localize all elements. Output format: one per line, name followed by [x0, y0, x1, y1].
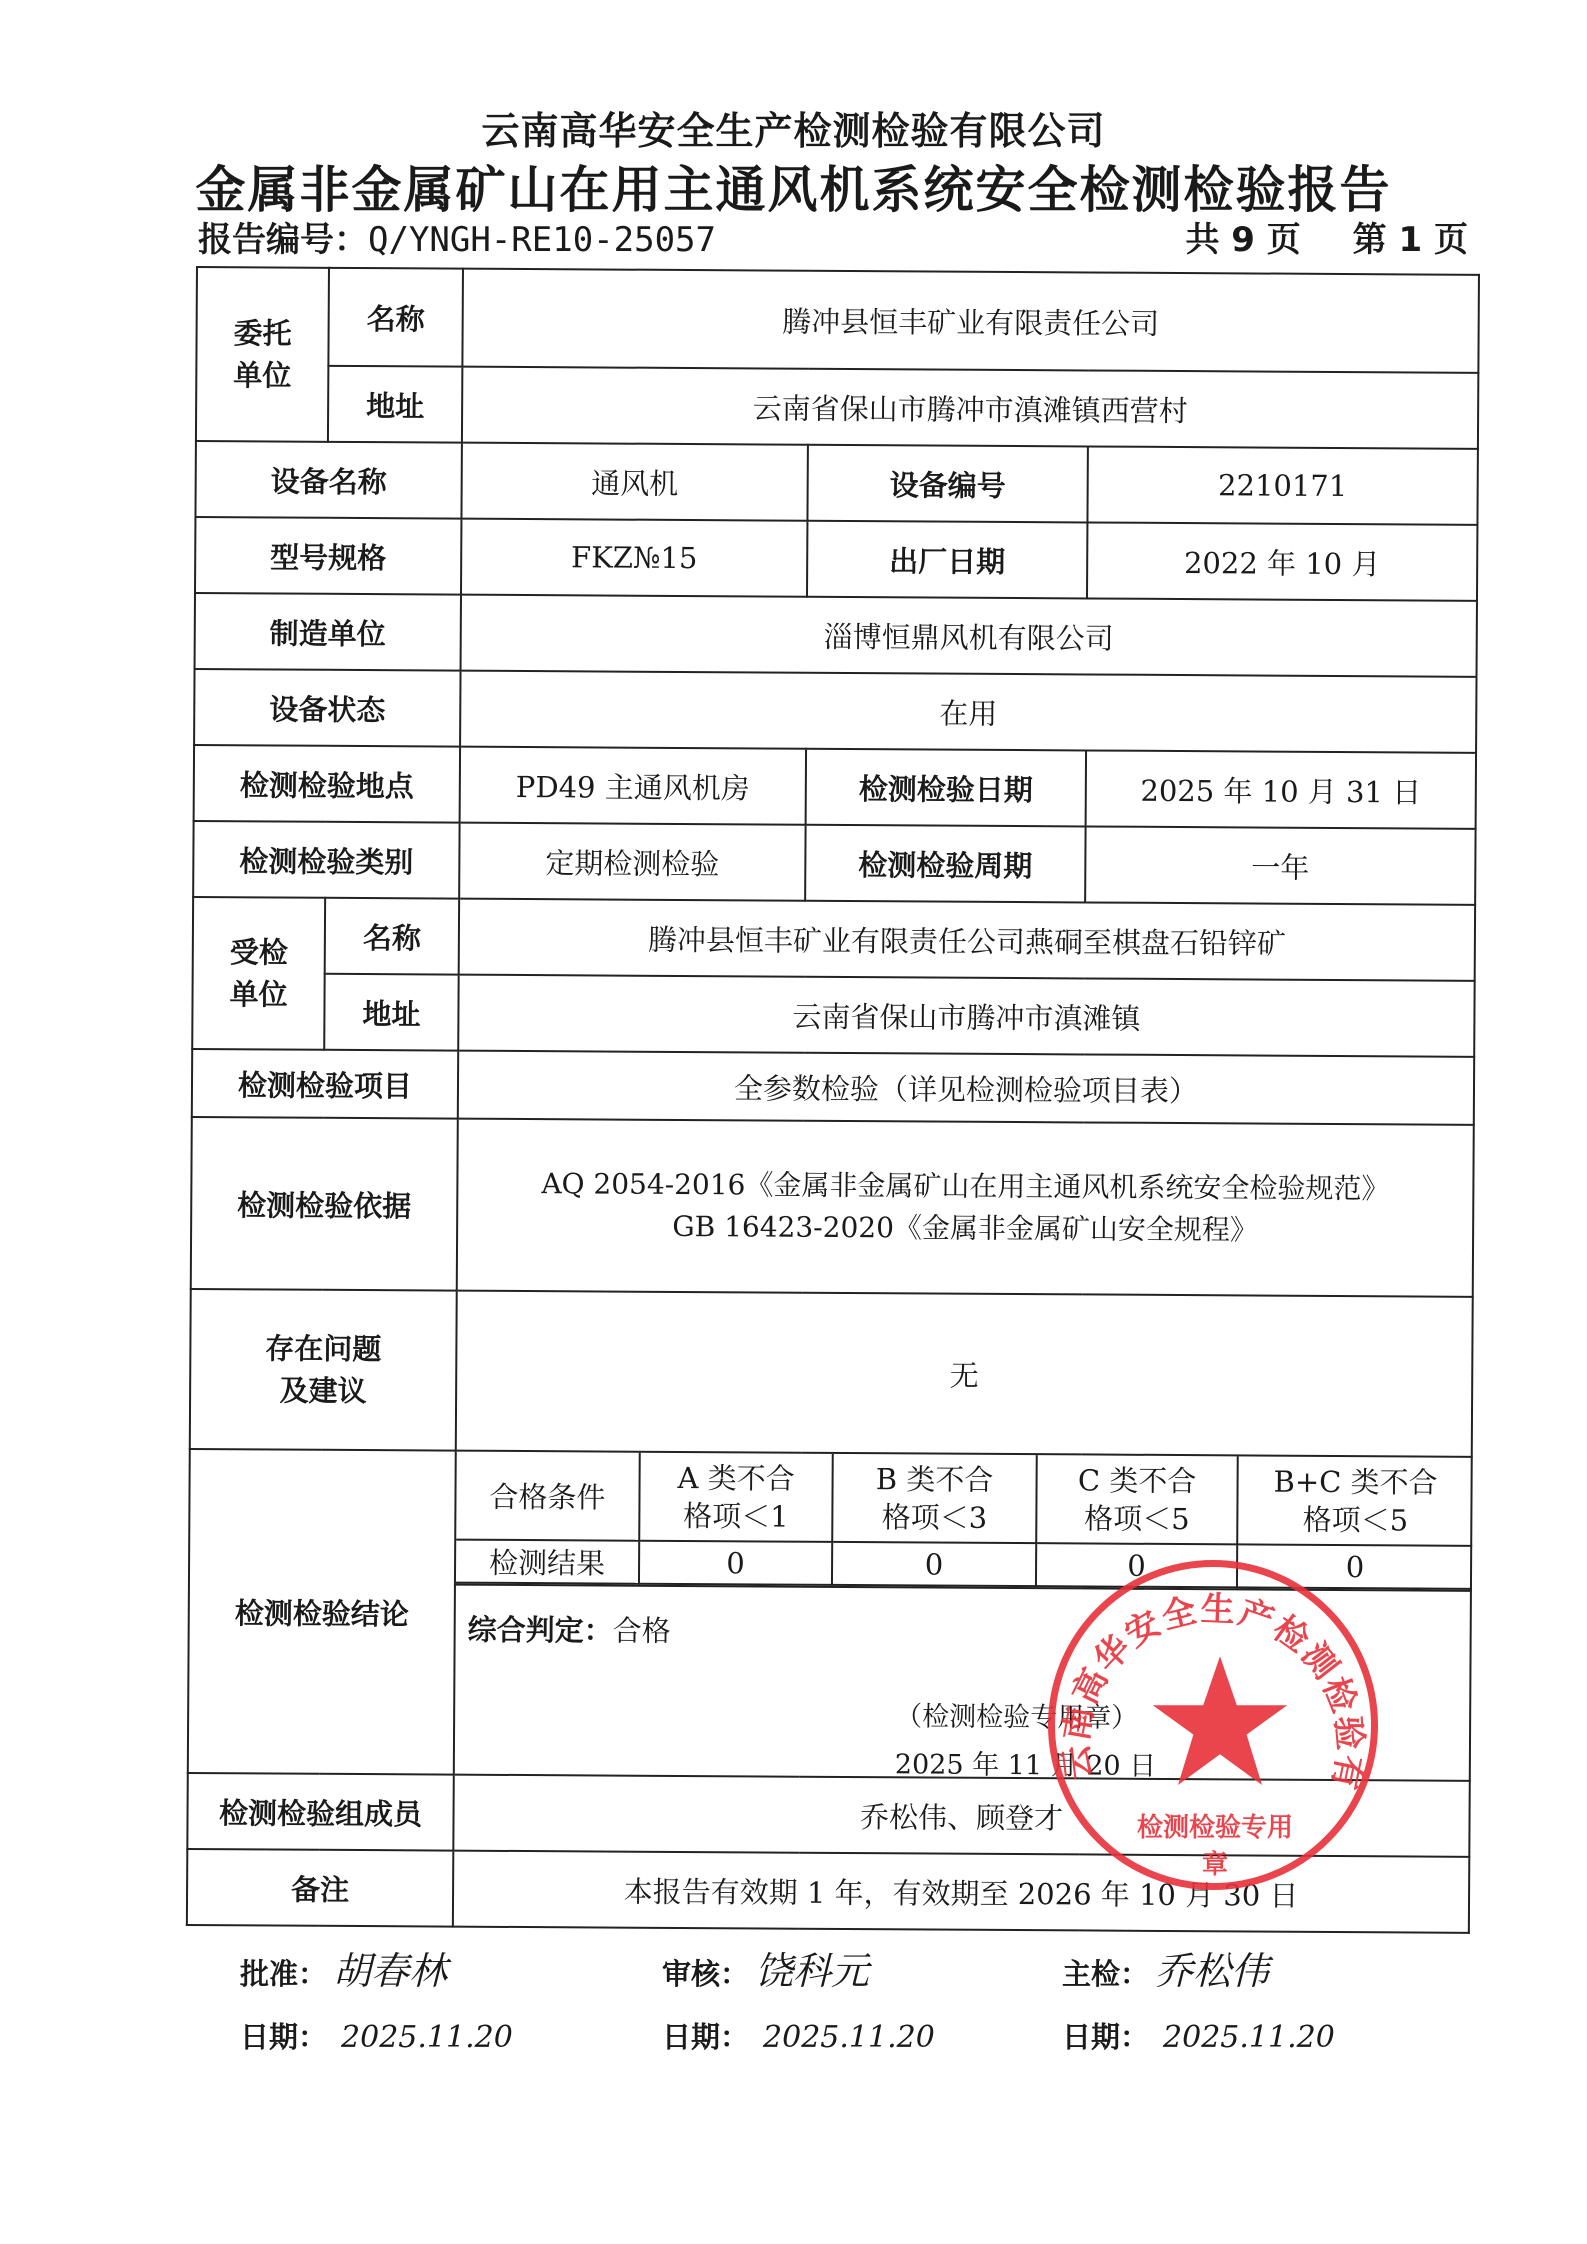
inspected-address-row: 地址 云南省保山市腾冲市滇滩镇	[192, 973, 1474, 1057]
review-date: 日期：2025.11.20	[662, 2015, 935, 2056]
chief-date: 日期：2025.11.20	[1062, 2015, 1335, 2056]
result-label: 检测结果	[456, 1540, 639, 1584]
result-b: 0	[832, 1542, 1036, 1586]
model-value: FKZ№15	[461, 519, 807, 597]
review-signature: 审核：饶科元	[662, 1940, 869, 1995]
inspected-group-label: 受检单位	[192, 897, 325, 1050]
equipment-row-1: 设备名称 通风机 设备编号 2210171	[195, 441, 1477, 525]
inspected-address-label: 地址	[324, 974, 458, 1051]
items-value: 全参数检验（详见检测检验项目表）	[458, 1051, 1474, 1125]
review-name: 饶科元	[755, 1949, 869, 1993]
inspection-date-value: 2025 年 10 月 31 日	[1086, 750, 1476, 828]
criteria-bc: B+C 类不合格项＜5	[1237, 1456, 1473, 1545]
equipment-number: 2210171	[1087, 446, 1477, 524]
client-name: 腾冲县恒丰矿业有限责任公司	[462, 269, 1479, 373]
official-seal: 云南高华安全生产检测检验有限公司 检测检验专用章	[1048, 1560, 1378, 1890]
model-label: 型号规格	[195, 517, 461, 595]
approve-name: 胡春林	[333, 1949, 447, 1993]
equipment-name-label: 设备名称	[195, 441, 461, 519]
manufacturer-label: 制造单位	[195, 593, 461, 671]
category-label: 检测检验类别	[193, 821, 459, 899]
inspected-name-row: 受检单位 名称 腾冲县恒丰矿业有限责任公司燕硐至棋盘石铅锌矿	[193, 897, 1475, 981]
seal-center-text: 检测检验专用章	[1125, 1807, 1305, 1881]
problems-row: 存在问题及建议 无	[190, 1289, 1473, 1457]
problems-value: 无	[456, 1291, 1473, 1457]
overall-judgement: 综合判定：合格	[468, 1608, 671, 1650]
criteria-c: C 类不合格项＜5	[1036, 1455, 1238, 1544]
location-value: PD49 主通风机房	[460, 747, 806, 825]
status-value: 在用	[460, 671, 1476, 753]
total-pages: 共 9 页	[1185, 220, 1300, 260]
location-label: 检测检验地点	[194, 745, 460, 823]
result-a: 0	[639, 1541, 832, 1585]
manufacturer-value: 淄博恒鼎风机有限公司	[461, 595, 1477, 677]
conclusion-label: 检测检验结论	[188, 1449, 456, 1775]
report-meta: 报告编号：Q/YNGH-RE10-25057 共 9 页 第 1 页	[198, 212, 1468, 262]
report-number-label: 报告编号：	[198, 220, 368, 260]
current-page: 第 1 页	[1353, 220, 1468, 260]
page-info: 共 9 页 第 1 页	[1177, 212, 1468, 261]
items-label: 检测检验项目	[192, 1049, 458, 1119]
chief-signature: 主检：乔松伟	[1062, 1940, 1269, 1995]
inspected-name: 腾冲县恒丰矿业有限责任公司燕硐至棋盘石铅锌矿	[459, 899, 1475, 981]
inspected-address: 云南省保山市腾冲市滇滩镇	[458, 975, 1474, 1057]
status-label: 设备状态	[194, 669, 460, 747]
items-row: 检测检验项目 全参数检验（详见检测检验项目表）	[192, 1049, 1474, 1125]
basis-row: 检测检验依据 AQ 2054-2016《金属非金属矿山在用主通风机系统安全检验规…	[191, 1117, 1474, 1297]
chief-name: 乔松伟	[1155, 1949, 1269, 1993]
approve-date: 日期：2025.11.20	[240, 2015, 513, 2056]
client-address-label: 地址	[328, 366, 462, 443]
criteria-b: B 类不合格项＜3	[832, 1454, 1037, 1543]
equipment-row-2: 型号规格 FKZ№15 出厂日期 2022 年 10 月	[195, 517, 1477, 601]
mfg-date-label: 出厂日期	[807, 521, 1087, 599]
signature-block: 批准：胡春林 日期：2025.11.20 审核：饶科元 日期：2025.11.2…	[240, 1940, 1440, 2100]
inspection-row-1: 检测检验地点 PD49 主通风机房 检测检验日期 2025 年 10 月 31 …	[194, 745, 1476, 829]
inspected-name-label: 名称	[325, 898, 459, 975]
client-group-label: 委托单位	[196, 267, 329, 442]
manufacturer-row: 制造单位 淄博恒鼎风机有限公司	[195, 593, 1477, 677]
members-label: 检测检验组成员	[187, 1773, 453, 1851]
report-number-value: Q/YNGH-RE10-25057	[368, 220, 716, 260]
basis-line-2: GB 16423-2020《金属非金属矿山安全规程》	[458, 1205, 1472, 1253]
criteria-row: 合格条件 A 类不合格项＜1 B 类不合格项＜3 C 类不合格项＜5 B+C 类…	[456, 1452, 1473, 1546]
company-name: 云南高华安全生产检测检验有限公司	[0, 100, 1587, 155]
cycle-value: 一年	[1085, 826, 1475, 904]
category-value: 定期检测检验	[459, 823, 805, 901]
client-address: 云南省保山市腾冲市滇滩镇西营村	[462, 367, 1478, 449]
remarks-label: 备注	[187, 1849, 453, 1927]
cycle-label: 检测检验周期	[805, 825, 1085, 903]
basis-value: AQ 2054-2016《金属非金属矿山在用主通风机系统安全检验规范》 GB 1…	[457, 1119, 1474, 1297]
client-address-row: 地址 云南省保山市腾冲市滇滩镇西营村	[196, 365, 1478, 449]
mfg-date-value: 2022 年 10 月	[1087, 522, 1477, 600]
basis-label: 检测检验依据	[191, 1117, 458, 1291]
equipment-name: 通风机	[461, 443, 807, 521]
inspection-date-label: 检测检验日期	[806, 749, 1086, 827]
criteria-label: 合格条件	[456, 1452, 640, 1541]
approve-signature: 批准：胡春林	[240, 1940, 447, 1995]
client-name-row: 委托单位 名称 腾冲县恒丰矿业有限责任公司	[196, 267, 1479, 373]
basis-line-1: AQ 2054-2016《金属非金属矿山在用主通风机系统安全检验规范》	[458, 1163, 1472, 1211]
status-row: 设备状态 在用	[194, 669, 1476, 753]
client-name-label: 名称	[328, 268, 463, 367]
inspection-row-2: 检测检验类别 定期检测检验 检测检验周期 一年	[193, 821, 1475, 905]
report-number: 报告编号：Q/YNGH-RE10-25057	[198, 212, 716, 261]
equipment-number-label: 设备编号	[807, 445, 1087, 523]
seal-star-icon	[1150, 1652, 1290, 1792]
problems-label: 存在问题及建议	[190, 1289, 457, 1451]
criteria-a: A 类不合格项＜1	[639, 1453, 833, 1542]
